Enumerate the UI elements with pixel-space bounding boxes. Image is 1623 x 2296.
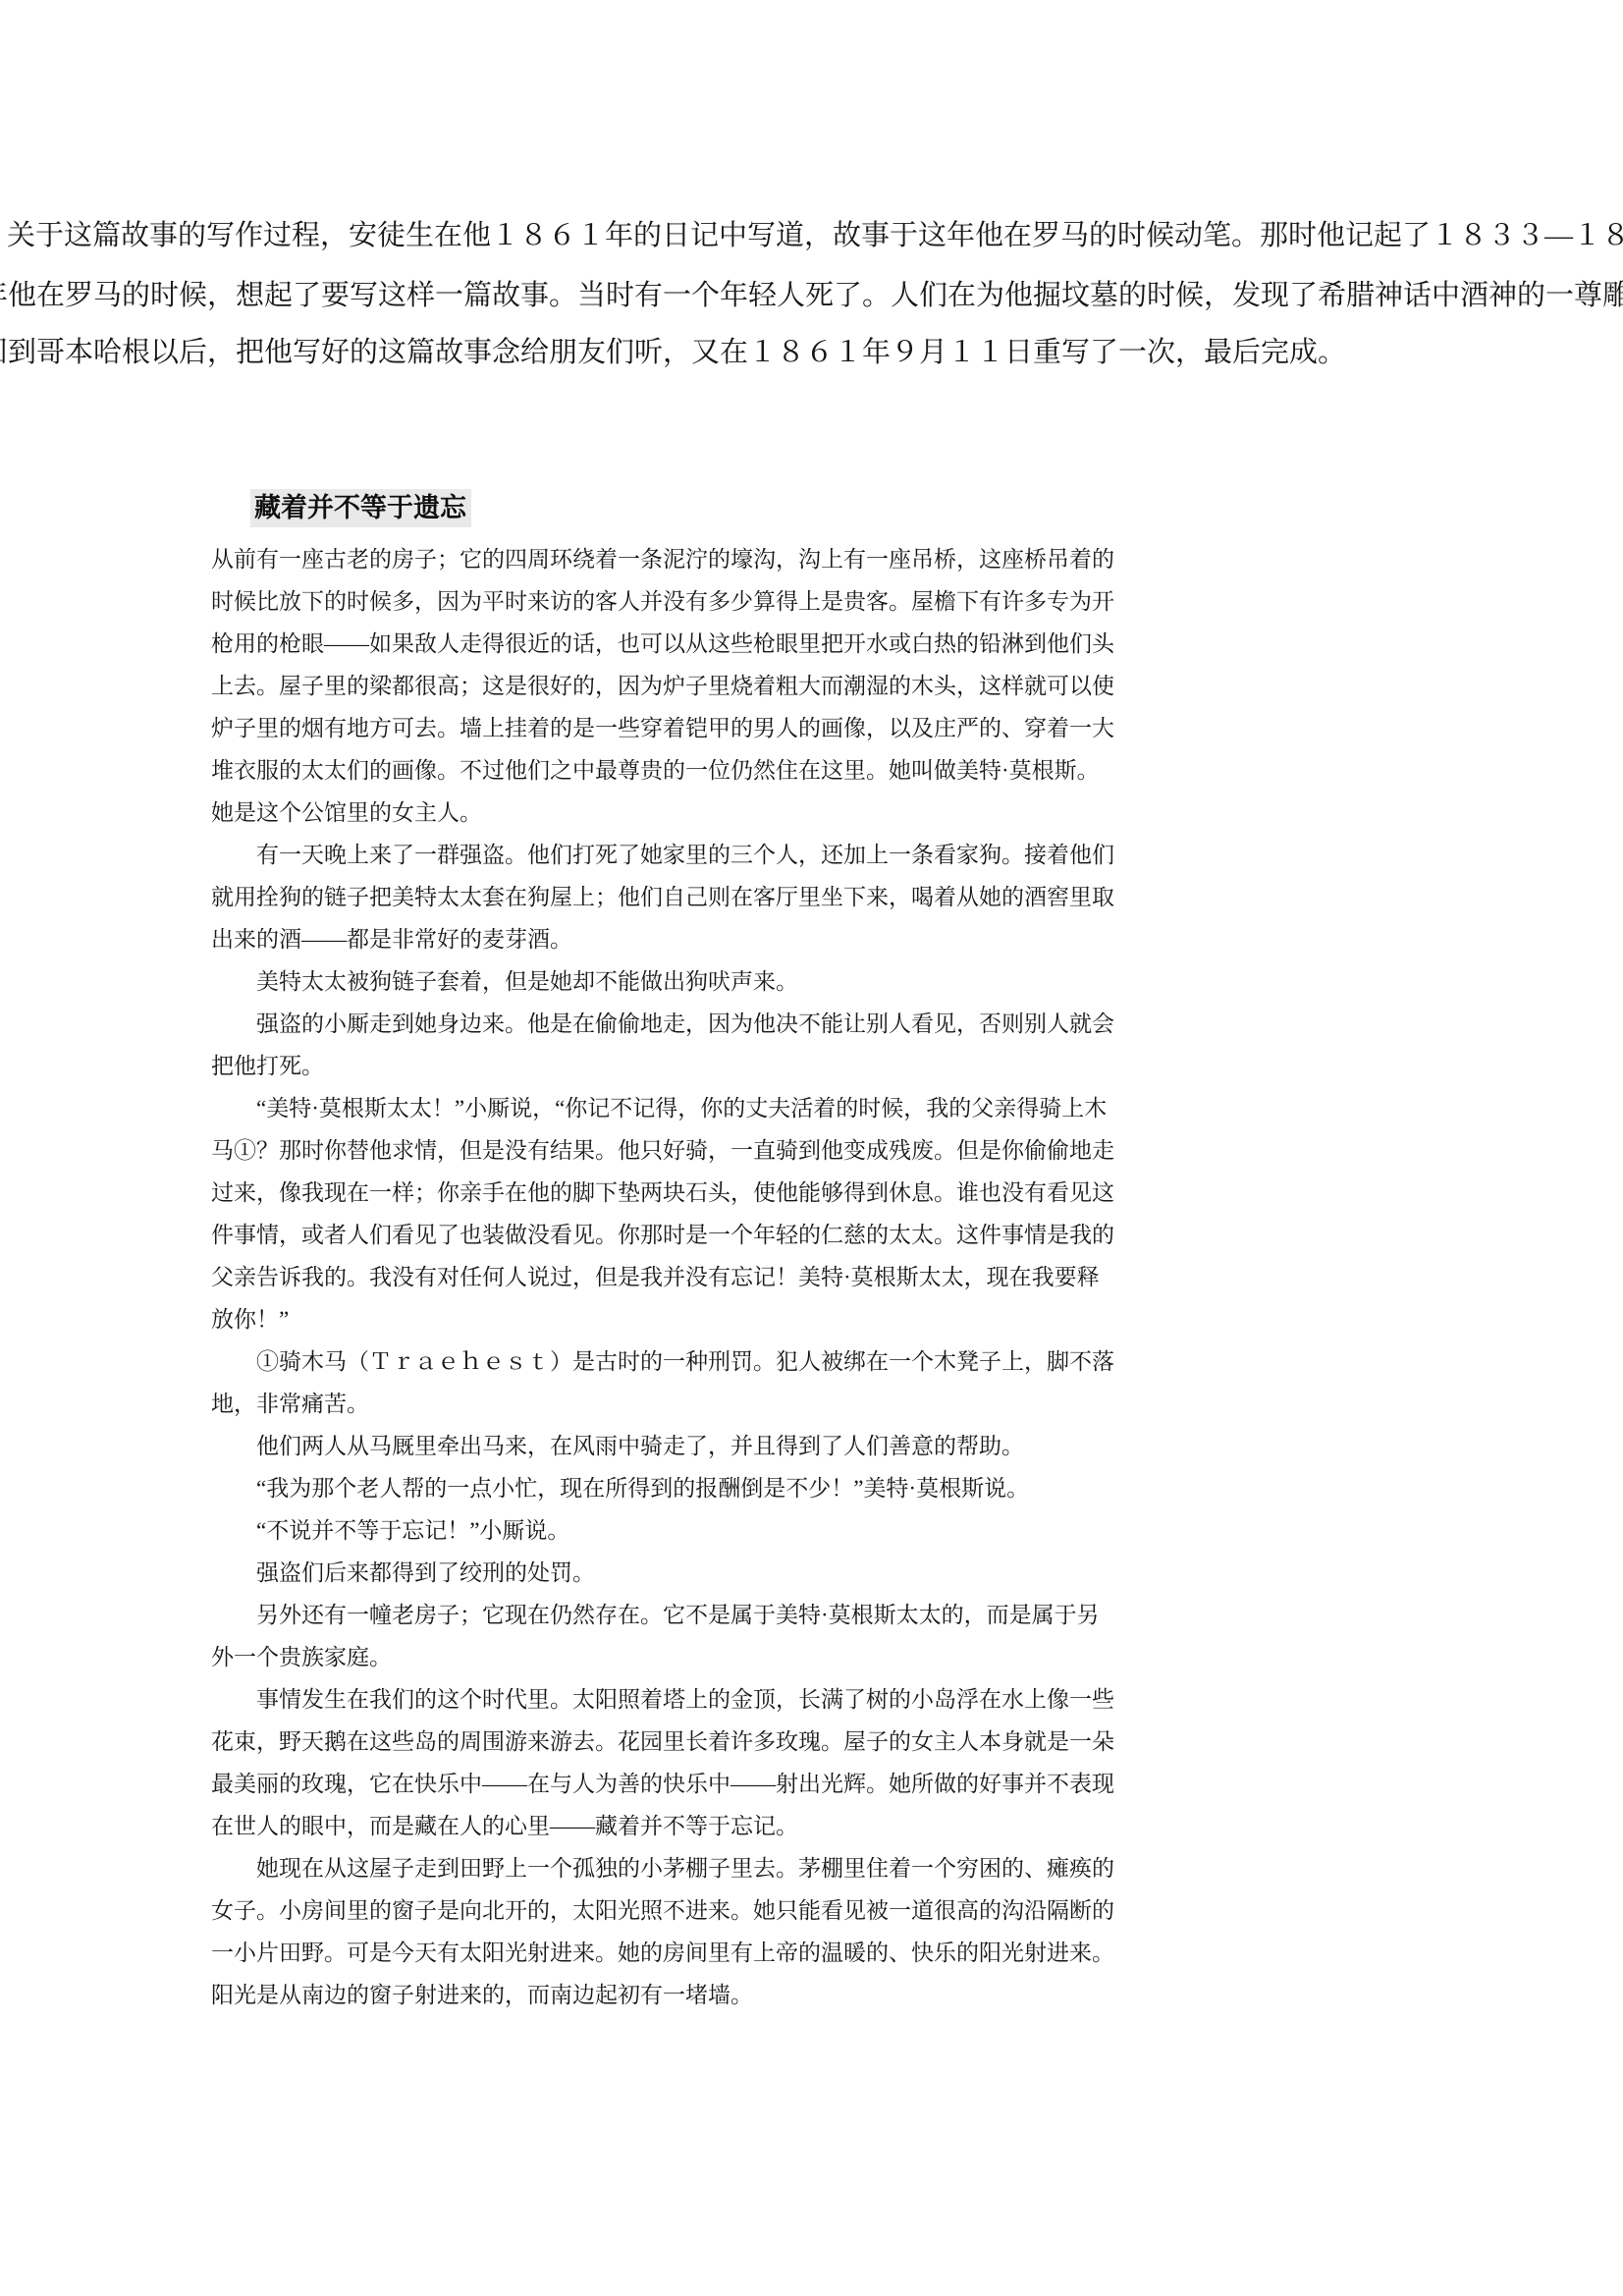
story-paragraph: “不说并不等于忘记！”小厮说。: [211, 1509, 1116, 1552]
story-title: 藏着并不等于遗忘: [250, 489, 471, 527]
story-paragraph: 另外还有一幢老房子；它现在仍然存在。它不是属于美特·莫根斯太太的，而是属于另外一…: [211, 1594, 1116, 1678]
intro-note-line: 回到哥本哈根以后，把他写好的这篇故事念给朋友们听，又在１８６１年９月１１日重写了…: [0, 335, 1346, 370]
story-paragraph: “我为那个老人帮的一点小忙，现在所得到的报酬倒是不少！”美特·莫根斯说。: [211, 1467, 1116, 1509]
intro-note-line: 关于这篇故事的写作过程，安徒生在他１８６１年的日记中写道，故事于这年他在罗马的时…: [7, 218, 1623, 253]
story-footnote: ①骑木马（Ｔｒａｅｈｅｓｔ）是古时的一种刑罚。犯人被绑在一个木凳子上，脚不落地，…: [211, 1340, 1116, 1425]
story-paragraph: 强盗们后来都得到了绞刑的处罚。: [211, 1552, 1116, 1594]
intro-note-line: 年他在罗马的时候，想起了要写这样一篇故事。当时有一个年轻人死了。人们在为他掘坟墓…: [0, 278, 1623, 313]
story-paragraph: 从前有一座古老的房子；它的四周环绕着一条泥泞的壕沟，沟上有一座吊桥，这座桥吊着的…: [211, 538, 1116, 834]
story-paragraph: 他们两人从马厩里牵出马来，在风雨中骑走了，并且得到了人们善意的帮助。: [211, 1425, 1116, 1467]
story-paragraph: 事情发生在我们的这个时代里。太阳照着塔上的金顶，长满了树的小岛浮在水上像一些花束…: [211, 1678, 1116, 1847]
document-page: { "page": { "background": "#ffffff", "te…: [0, 0, 1623, 2296]
story-paragraph: 强盗的小厮走到她身边来。他是在偷偷地走，因为他决不能让别人看见，否则别人就会把他…: [211, 1003, 1116, 1087]
story-paragraph: 有一天晚上来了一群强盗。他们打死了她家里的三个人，还加上一条看家狗。接着他们就用…: [211, 834, 1116, 960]
story-paragraph: 美特太太被狗链子套着，但是她却不能做出狗吠声来。: [211, 960, 1116, 1003]
story-paragraph: 她现在从这屋子走到田野上一个孤独的小茅棚子里去。茅棚里住着一个穷困的、瘫痪的女子…: [211, 1847, 1116, 2016]
story-body: 从前有一座古老的房子；它的四周环绕着一条泥泞的壕沟，沟上有一座吊桥，这座桥吊着的…: [211, 538, 1116, 2016]
story-paragraph: “美特·莫根斯太太！”小厮说，“你记不记得，你的丈夫活着的时候，我的父亲得骑上木…: [211, 1087, 1116, 1340]
intro-note-fragment: 关于这篇故事的写作过程，安徒生在他１８６１年的日记中写道，故事于这年他在罗马的时…: [0, 218, 1623, 405]
